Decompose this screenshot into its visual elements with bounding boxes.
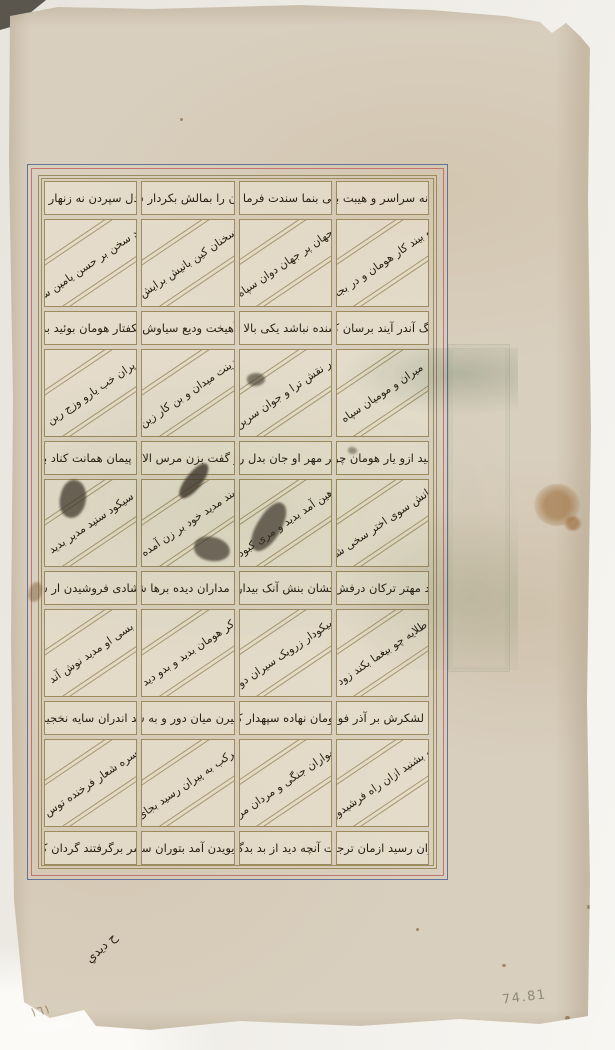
verse-table: زمانه سراسر و هیبت بس الکنجی بنما سندت ف…: [44, 181, 429, 865]
diagonal-verse-text: سواران جنگی و مردان مرد: [239, 743, 332, 823]
verse-row: طلایه چو بیغما بکند زود سیکودار زروبک سی…: [44, 609, 429, 697]
verse-cell: بجنگ آندر آیند برسان کوه: [336, 311, 429, 345]
verse-cell: بگفت آنچه دید از بد بدگمان: [239, 831, 332, 865]
verse-cell: بدو گفت بزن مرس الاکند: [141, 441, 234, 475]
diagonal-verse-text: بسی او مدید نوش آند: [46, 620, 135, 686]
verse-cell: همه لشکرش بر آذر فووس: [336, 701, 429, 735]
verse-cell: مرو دل سپردن نه زنهار است: [44, 181, 137, 215]
verse-cell: رسید اندران سایه نخجیرگاه: [44, 701, 137, 735]
diagonal-verse-text: مرکب به پیران رسید بجای: [141, 744, 234, 822]
fox-spot: [565, 1016, 570, 1020]
verse-cell: بپرسید ازو یار هومان چو دید: [336, 441, 429, 475]
diagonal-verse-text: چو بیند کار هومان و در بجای: [336, 221, 429, 304]
fox-spot: [180, 118, 183, 121]
verse-cell: به هومان نهاده سپهدار کوس: [239, 701, 332, 735]
verse-row: چو بشنید ازان راه فرشیدورد سواران جنگی و…: [44, 739, 429, 827]
diagonal-verse-text: میران و مومیان سپاه: [339, 361, 426, 426]
diagonal-verse-text: جهان پر جهان دوان سپاه: [239, 226, 332, 300]
verse-cell: درفشان بنش آنک بیدار او: [239, 571, 332, 605]
fox-spot: [502, 964, 506, 967]
verse-cell: طلایه چو بیغما بکند زود: [336, 609, 429, 697]
verse-row: زمانه سراسر و هیبت بس الکنجی بنما سندت ف…: [44, 181, 429, 215]
verse-cell: بسنده نباشد یکی بالا رو: [239, 311, 332, 345]
verse-cell: در نقش ترا و جوان سرین: [239, 349, 332, 437]
diagonal-verse-text: سیکودار زروبک سیران دور: [239, 613, 332, 692]
fox-spot: [416, 928, 419, 931]
verse-cell: کر هومان بدید و بدو دید: [141, 609, 234, 697]
verse-row: بجنگ آندر آیند برسان کوه بسنده نباشد یکی…: [44, 311, 429, 345]
verse-cell: غریویدن آمد بتوران سپاه: [141, 831, 234, 865]
manuscript-folio: زمانه سراسر و هیبت بس الکنجی بنما سندت ف…: [0, 0, 615, 1050]
verse-cell: روانش سوی اختر سخی شود: [336, 479, 429, 567]
verse-cell: سیکود سنید مدیر بدید: [44, 479, 137, 567]
verse-cell: سره شعار فرخنده توس: [44, 739, 137, 827]
verse-cell: بدید مداران دیده برها شنید: [141, 571, 234, 605]
verse-row: چو دید مهتر ترکان درفش زدور درفشان بنش آ…: [44, 571, 429, 605]
corner-numerals: ١٦١: [29, 1002, 53, 1021]
verse-cell: زینت میدان و بن کار زین: [141, 349, 234, 437]
brown-stain: [564, 516, 582, 531]
verse-cell: که پیمان همانت کناد بند: [44, 441, 137, 475]
verse-cell: برآهیخت ودیع سیاوش نر: [141, 311, 234, 345]
verse-cell: سخنان کین بانیش برایش: [141, 219, 234, 307]
diagonal-verse-text: کر هومان بدید و بدو دید: [141, 617, 234, 688]
verse-row: روانش سوی اختر سخی شود هین آمد بدید و مر…: [44, 479, 429, 567]
verse-cell: چو پیرن میان دور و به سپاه: [141, 701, 234, 735]
verse-cell: میران و مومیان سپاه: [336, 349, 429, 437]
verse-cell: بتوران رسید ازمان ترجمان: [336, 831, 429, 865]
verse-cell: که بر مهر او جان بدل رسید: [239, 441, 332, 475]
verse-cell: سیکودار زروبک سیران دور: [239, 609, 332, 697]
photo-backdrop: زمانه سراسر و هیبت بس الکنجی بنما سندت ف…: [0, 0, 615, 1050]
diagonal-verse-text: در نقش ترا و جوان سرین: [239, 355, 332, 432]
verse-cell: الکنجی بنما سندت فرما درس: [239, 181, 332, 215]
verse-row: بتوران رسید ازمان ترجمان بگفت آنچه دید ا…: [44, 831, 429, 865]
verse-cell: بسی او مدید نوش آند: [44, 609, 137, 697]
diagonal-verse-text: سره شعار فرخنده توس: [44, 747, 137, 819]
verse-cell: به شادی فروشیدن ار شند: [44, 571, 137, 605]
verse-cell: بکفتار هومان بوئید بر: [44, 311, 137, 345]
verse-cell: تعبید سخن بر حسن یامین سرو: [44, 219, 137, 307]
verse-cell: هین آمد بدید و مری کبود: [239, 479, 332, 567]
verse-cell: جهان پر جهان دوان سپاه: [239, 219, 332, 307]
diagonal-verse-text: سخنان کین بانیش برایش: [141, 226, 234, 301]
diagonal-verse-text: طلایه چو بیغما بکند زود: [336, 618, 429, 688]
diagonal-verse-text: روانش سوی اختر سخی شود: [336, 480, 429, 565]
verse-row: بپرسید ازو یار هومان چو دید که بر مهر او…: [44, 441, 429, 475]
verse-cell: چو دید مهتر ترکان درفش زدور: [336, 571, 429, 605]
diagonal-verse-text: زینت میدان و بن کار زین: [141, 356, 234, 430]
verse-row: میران و مومیان سپاه در نقش ترا و جوان سر…: [44, 349, 429, 437]
verse-cell: چو بیند کار هومان و در بجای: [336, 219, 429, 307]
verse-cell: مرکب به پیران رسید بجای: [141, 739, 234, 827]
verse-row: چو بیند کار هومان و در بجای جهان پر جهان…: [44, 219, 429, 307]
diagonal-verse-text: پران خب یارو وزج رین: [44, 359, 137, 428]
verse-row: همه لشکرش بر آذر فووس به هومان نهاده سپه…: [44, 701, 429, 735]
verse-cell: چو بشنید ازان راه فرشیدورد: [336, 739, 429, 827]
verso-showthrough-frame: [448, 344, 510, 672]
verse-cell: پران خب یارو وزج رین: [44, 349, 137, 437]
verse-cell: زمانه سراسر و هیبت بس: [336, 181, 429, 215]
ink-smudge: [348, 447, 357, 454]
verse-cell: سواران جنگی و مردان مرد: [239, 739, 332, 827]
verse-cell: جهان را بمالش بکردار شب: [141, 181, 234, 215]
fox-spot: [587, 905, 591, 909]
diagonal-verse-text: تعبید سخن بر حسن یامین سرو: [44, 219, 137, 307]
verse-cell: ز سر برگرفتند گردان کلاه: [44, 831, 137, 865]
diagonal-verse-text: چو بشنید ازان راه فرشیدورد: [336, 741, 429, 825]
